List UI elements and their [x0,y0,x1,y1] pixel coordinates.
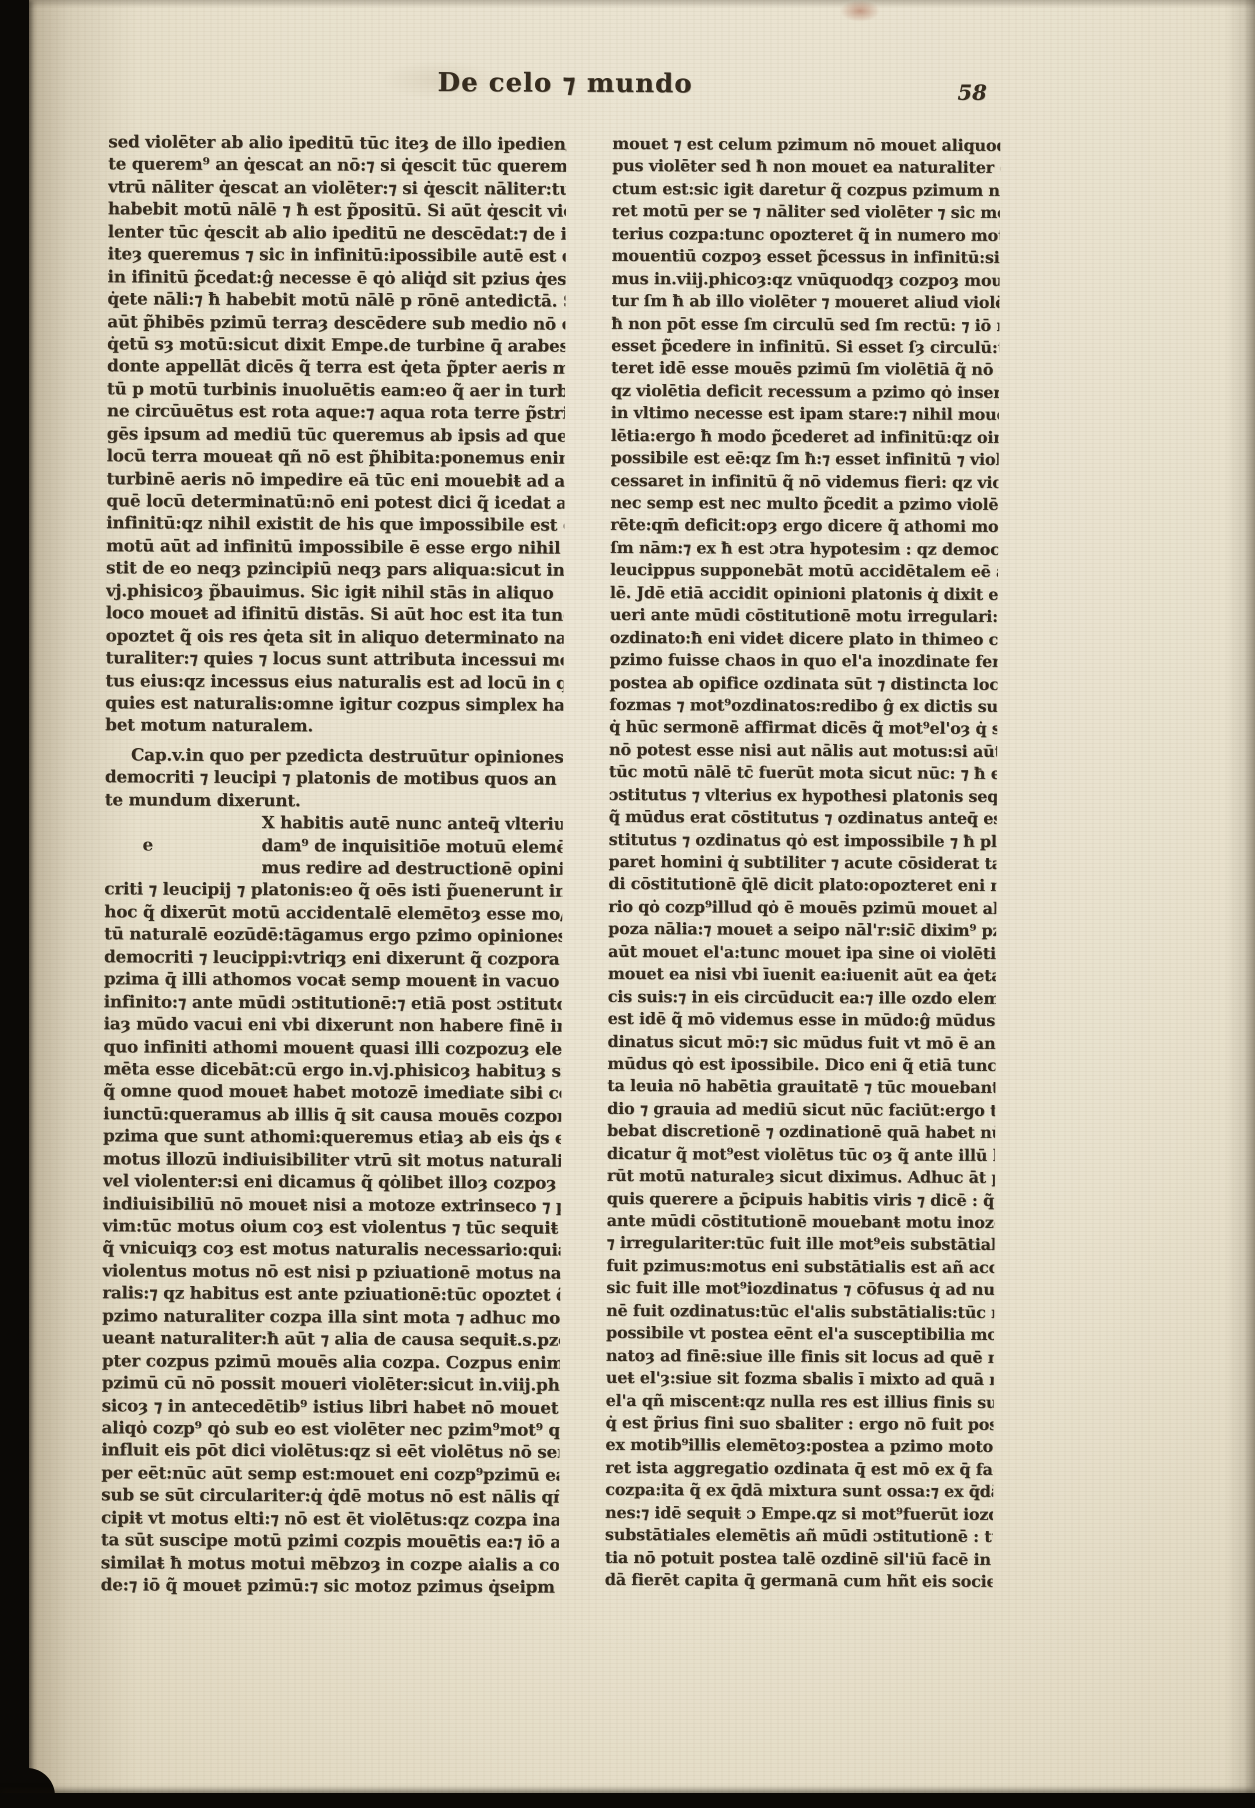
text-line: mouet ea nisi vbi īuenit ea:iuenit aūt e… [608,963,996,987]
text-line: pzima que sunt athomi:queremus etiaȝ ab … [103,1125,561,1150]
text-line: opoztet q̃ ois res q̇eta sit in aliquo d… [106,624,564,649]
text-line: loco moueŧ ad ifinitū distās. Si aūt hoc… [106,601,564,626]
right-column: mouet ⁊ est celum pzimum nō mouet aliquo… [605,133,1001,1605]
left-column: sed violēter ab alio ipeditū tūc iteȝ de… [101,130,567,1602]
text-line: dicatur q̃ mot⁹est violētus tūc oȝ q̃ an… [607,1143,995,1167]
text-line: cis suis:⁊ in eis circūducit ea:⁊ ille o… [608,986,996,1010]
text-line: poza nālia:⁊ moueŧ a seipo nāl'r:sic̄ di… [608,918,996,942]
text-line: nec semp est nec multo p̃cedit a pzimo v… [610,492,998,516]
text-line: pus violēter sed ħ non mouet ea naturali… [612,155,1000,179]
text-line: bebat discretionē ⁊ ozdinationē quā habe… [607,1120,995,1144]
text-line: quies est naturalis:omne igitur cozpus s… [105,691,563,716]
text-line: nē fuit ozdinatus:tūc el'alis substātial… [606,1300,994,1324]
text-line: vim:tūc motus oium coȝ est violentus ⁊ t… [103,1214,561,1239]
left-body-text: sed violēter ab alio ipeditū tūc iteȝ de… [105,130,566,738]
text-line: sub se sūt circulariter:q̇ q̇dē motus nō… [101,1484,559,1509]
text-line: mus in.viij.phicoȝ:qz vnūquodqȝ cozpoȝ m… [611,268,999,292]
text-line: ⁊ irregulariter:tūc fuit ille mot⁹eis su… [606,1232,994,1256]
text-line: locū terra moueaŧ qñ nō est p̃hibita:pon… [107,444,565,469]
text-line: infinitū:qz nihil existit de his que imp… [106,512,564,537]
book-page-scan: De celo ⁊ mundo 58 sed violēter ab alio … [0,0,1255,1808]
text-line: in vltimo necesse est ipam stare:⁊ nihil… [611,402,999,426]
text-line: mouet ⁊ est celum pzimum nō mouet aliquo… [612,133,1000,157]
text-line: infinito:⁊ ante mūdi ɔstitutionē:⁊ etiā … [104,990,562,1015]
text-line: cessaret in infinitū q̃ nō videmus fieri… [610,469,998,493]
text-line: iunctū:queramus ab illis q̄ sit causa mo… [103,1102,561,1127]
text-line: ta sūt suscipe motū pzimi cozpis mouētis… [101,1528,559,1553]
page-number: 58 [957,80,986,105]
text-line: tia nō potuit postea talē ozdinē sil'iū … [605,1546,993,1570]
text-line: ozdinato:ħ eni videŧ dicere plato in thi… [610,627,998,651]
text-line: vel violenter:si eni dicamus q̃ qȯlibet … [103,1169,561,1194]
text-line: pter cozpus pzimū mouēs alia cozpa. Cozp… [102,1349,560,1374]
text-line: aūt mouet el'a:tunc mouet ipa sine oi vi… [608,941,996,965]
text-line: ret motū per se ⁊ nāliter sed violēter ⁊… [612,200,1000,224]
text-line: ne circūuētus est rota aque:⁊ aqua rota … [107,400,565,425]
text-line: donte appellāt dicēs q̃ terra est q̇eta … [107,355,565,380]
text-line: mus redire ad destructionē opinionū demo [104,855,562,880]
text-line: ralis:⁊ qz habitus est ante pziuationē:t… [102,1282,560,1307]
text-line: democriti ⁊ leucipi ⁊ platonis de motibu… [105,766,563,791]
text-line: q̃ omne quod moueŧ habet motozē imediate… [103,1080,561,1105]
text-line: pzimo naturaliter cozpa illa sint mota ⁊… [102,1304,560,1329]
text-line: ret ista aggregatio ozdinata q̄ est mō e… [605,1457,993,1481]
text-line: ctum est:sic igiŧ daretur q̃ cozpus pzim… [612,178,1000,202]
text-line: di cōstitutionē q̄lē dicit plato:opozter… [608,873,996,897]
text-line: mēta esse dicebāt:cū ergo in.vj.phisicoȝ… [103,1057,561,1082]
text-line: mūdus qȯ est ipossibile. Dico eni q̃ eti… [607,1053,995,1077]
chapter-heading: Cap.v.in quo per pzedicta destruūtur opi… [105,743,563,813]
page-content: De celo ⁊ mundo 58 sed violēter ab alio … [0,0,1255,1808]
text-line: ante mūdi cōstitutionē mouebanŧ motu ino… [607,1210,995,1234]
right-body-text: mouet ⁊ est celum pzimum nō mouet aliquo… [605,133,1001,1593]
text-line: rēte:qm̄ deficit:opȝ ergo dicere q̃ atho… [610,514,998,538]
text-line: indiuisibiliū nō moueŧ nisi a motoze ext… [103,1192,561,1217]
text-line: quē locū determinatū:nō eni potest dici … [106,489,564,514]
text-line: ueri ante mūdi cōstitutionē motu irregul… [610,604,998,628]
text-line: possibile vt postea eēnt el'a susceptibi… [606,1322,994,1346]
text-line: dio ⁊ grauia ad mediū sicut nūc faciūt:e… [607,1098,995,1122]
text-line: iaȝ mūdo vacui eni vbi dixerunt non habe… [104,1012,562,1037]
text-line: q̇ hūc sermonē affirmat dicēs q̃ mot⁹el'… [609,716,997,740]
text-line: est idē q̃ mō videmus esse in mūdo:ĝ mūd… [608,1008,996,1032]
text-line: motus illozū indiuisibiliter vtrū sit mo… [103,1147,561,1172]
text-line: quo infiniti athomi mouenŧ quasi illi co… [103,1035,561,1060]
text-line: nō potest esse nisi aut nālis aut motus:… [609,739,997,763]
text-line: pzimū cū nō possit moueri violēter:sicut… [102,1371,560,1396]
text-line: ueŧ el'ȝ:siue sit fozma sbalis ī mixto a… [606,1367,994,1391]
text-line: similaŧ ħ motus motui mēbzoȝ in cozpe ai… [101,1551,559,1576]
text-line: possibile est eē:qz ſm ħ:⁊ esset infinit… [611,447,999,471]
text-line: q̇ est p̃rius fini suo sbaliter : ergo n… [605,1412,993,1436]
text-line: te querem⁹ an q̇escat an nō:⁊ si q̇escit… [108,153,566,178]
text-line: hoc q̃ dixerūt motū accidentalē elemētoȝ… [104,900,562,925]
text-line: dā fierēt capita q̄ germanā cum hñt eis … [605,1569,993,1593]
text-line: democriti ⁊ leucippi:vtriqȝ eni dixerunt… [104,945,562,970]
text-line: gēs ipsum ad mediū tūc queremus ab ipsis… [107,422,565,447]
text-line: paret homini q̇ subtiliter ⁊ acute cōsid… [608,851,996,875]
text-line: dam⁹ de inquisitiōe motuū elemētoȝ:volu [105,833,563,858]
text-line: criti ⁊ leucipij ⁊ platonis:eo q̃ oēs is… [104,878,562,903]
text-line: q̃ vnicuiqȝ coȝ est motus naturalis nece… [102,1237,560,1262]
text-line: in ifinitū p̃cedat:ĝ necesse ē qȯ aliq̇d… [107,265,565,290]
text-line: lētia:ergo ħ modo p̃cederet ad infinitū:… [611,425,999,449]
text-line: mouentiū cozpoȝ esset p̃cessus in infini… [612,245,1000,269]
text-line: terius cozpa:tunc opozteret q̃ in numero… [612,223,1000,247]
text-line: lē. Jdē etiā accidit opinioni platonis q… [610,582,998,606]
text-line: tū naturalē eozūdē:tāgamus ergo pzimo op… [104,923,562,948]
text-line: cozpa:ita q̃ ex q̄dā mixtura sunt ossa:⁊… [605,1479,993,1503]
text-line: de:⁊ iō q̃ moueŧ pzimū:⁊ sic motoz pzimu… [101,1573,559,1598]
text-line: ħ non pōt esse ſm circulū sed ſm rectū: … [611,312,999,336]
text-line: nes:⁊ idē sequiŧ ɔ Empe.qz si mot⁹fuerūt… [605,1502,993,1526]
paragraph-lines: criti ⁊ leucipij ⁊ platonis:eo q̃ oēs is… [101,878,563,1598]
text-line: tū p motū turbinis inuoluētis eam:eo q̃ … [107,377,565,402]
text-line: cipiŧ vt motus elti:⁊ nō est ēt violētus… [101,1506,559,1531]
text-line: sicoȝ ⁊ in antecedētib⁹ istius libri hab… [102,1394,560,1419]
text-line: q̇etū sȝ motū:sicut dixit Empe.de turbin… [107,332,565,357]
text-line: aūt p̃hibēs pzimū terraȝ descēdere sub m… [107,310,565,335]
text-line: sic fuit ille mot⁹iozdinatus ⁊ cōfusus q… [606,1277,994,1301]
text-line: iteȝ queremus ⁊ sic in infinitū:ipossibi… [108,242,566,267]
text-line: ſm nām:⁊ ex ħ est ɔtra hypotesim : qz de… [610,537,998,561]
text-line: tūc motū nālē tc̄ fuerūt mota sicut nūc:… [609,761,997,785]
text-line: vtrū nāliter q̇escat an violēter:⁊ si q̇… [108,175,566,200]
text-line: pzima q̄ illi athomos vocaŧ semp mouenŧ … [104,967,562,992]
text-line: q̃ mūdus erat cōstitutus ⁊ ozdinatus ant… [609,806,997,830]
text-line: sed violēter ab alio ipeditū tūc iteȝ de… [108,130,566,155]
paragraph-with-initial: e X habitis autē nunc anteq̄ vlterius pz… [101,810,563,1598]
text-line: lenter tūc q̇escit ab alio ipeditū ne de… [108,220,566,245]
text-line: violentus motus nō est nisi p pziuationē… [102,1259,560,1284]
text-line: bet motum naturalem. [105,714,563,739]
text-line: ex motib⁹illis elemētoȝ:postea a pzimo m… [605,1434,993,1458]
text-line: Cap.v.in quo per pzedicta destruūtur opi… [105,743,563,768]
text-line: influit eis pōt dici violētus:qz si eēt … [101,1439,559,1464]
text-line: q̇ete nāli:⁊ ħ habebit motū nālē p rōnē … [107,287,565,312]
text-line: postea ab opifice ozdinata sūt ⁊ distinc… [609,671,997,695]
text-line: ɔstitutus ⁊ vlterius ex hypothesi platon… [609,784,997,808]
text-line: substātiales elemētis añ mūdi ɔstitution… [605,1524,993,1548]
initial-guide-letter: e [143,836,154,856]
text-line: stitutus ⁊ ozdinatus qȯ est impossibile … [609,828,997,852]
text-line: habebit motū nālē ⁊ ħ est p̃positū. Si a… [108,198,566,223]
text-line: rio qȯ cozp⁹illud qȯ ē mouēs pzimū mouet… [608,896,996,920]
text-line: te mundum dixerunt. [105,788,563,813]
text-line: fozmas ⁊ mot⁹ozdinatos:redibo ĝ ex dicti… [609,694,997,718]
text-line: tus eius:qz incessus eius naturalis est … [105,669,563,694]
text-line: rūt motū naturaleȝ sicut diximus. Adhuc … [607,1165,995,1189]
scan-left-black-edge [0,0,29,1808]
text-line: motū aūt ad infinitū impossibile ē esse … [106,534,564,559]
text-line: esset p̃cedere in infinitū. Si esset ſȝ … [611,335,999,359]
text-line: tur ſm ħ ab illo violēter ⁊ moueret aliu… [611,290,999,314]
text-line: teret idē esse mouēs pzimū ſm violētiā q… [611,357,999,381]
scan-bottom-black-edge [0,1793,1255,1808]
text-line: turbinē aeris nō impedire eā tūc eni mou… [106,467,564,492]
text-line: aliqȯ cozp⁹ qȯ sub eo est violēter nec p… [101,1416,559,1441]
text-line: qz violētia deficit recessum a pzimo qȯ … [611,380,999,404]
text-line: el'a qñ miscenŧ:qz nulla res est illius … [606,1389,994,1413]
text-line: ueanŧ naturaliter:ħ aūt ⁊ alia de causa … [102,1326,560,1351]
text-line: leucippus supponebāt motū accidētalem eē… [610,559,998,583]
text-line: quis querere a p̄cipuis habitis viris ⁊ … [607,1187,995,1211]
text-line: X habitis autē nunc anteq̄ vlterius pzoc… [105,810,563,835]
running-title: De celo ⁊ mundo [437,68,692,99]
text-line: pzimo fuisse chaos in quo el'a inozdinat… [609,649,997,673]
text-line: stit de eo neqȝ pzincipiū neqȝ pars aliq… [106,557,564,582]
text-line: per eēt:nūc aūt semp est:mouet eni cozp⁹… [101,1461,559,1486]
text-line: fuit pzimus:motus eni substātialis est a… [606,1255,994,1279]
text-line: dinatus sicut mō:⁊ sic mūdus fuit vt mō … [607,1030,995,1054]
text-line: turaliter:⁊ quies ⁊ locus sunt attributa… [105,646,563,671]
initial-indented-lines: X habitis autē nunc anteq̄ vlterius pzoc… [104,810,562,880]
text-line: ta leuia nō habētia grauitatē ⁊ tūc moue… [607,1075,995,1099]
text-line: natoȝ ad finē:siue ille finis sit locus … [606,1345,994,1369]
text-line: vj.phisicoȝ p̃bauimus. Sic igiŧ nihil st… [106,579,564,604]
